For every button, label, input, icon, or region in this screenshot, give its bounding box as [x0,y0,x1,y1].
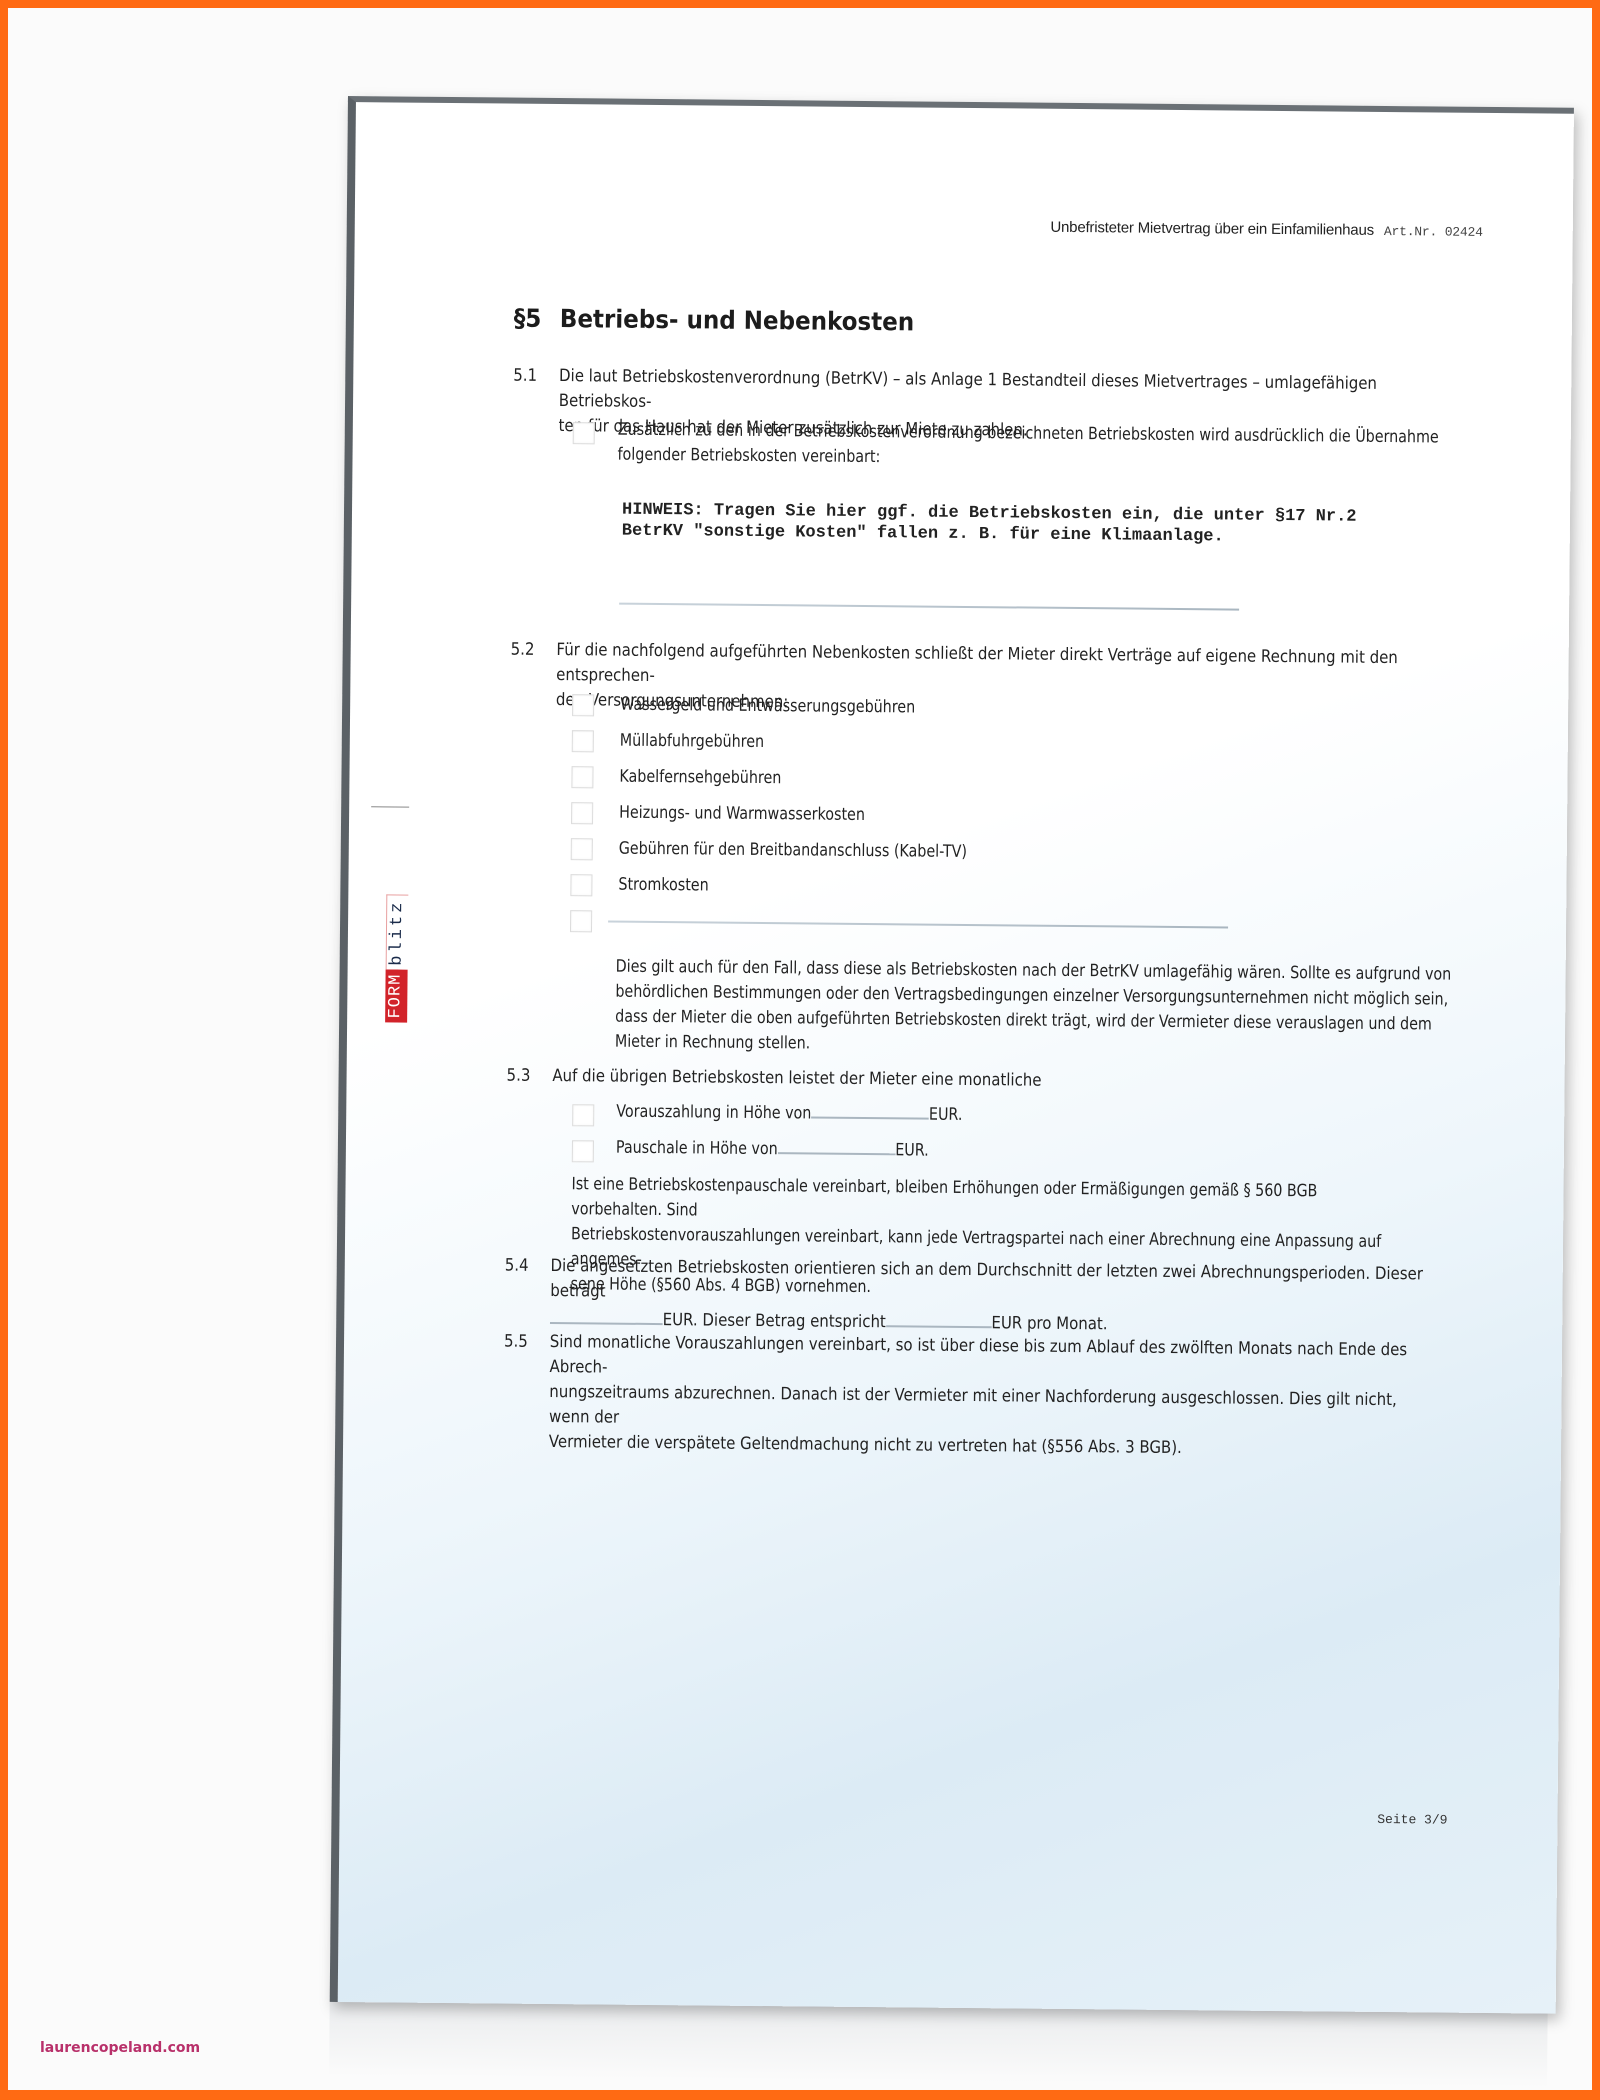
clause-5-3: 5.3 Auf die übrigen Betriebskosten leist… [506,1064,1333,1097]
formblitz-logo: FORMblitz [385,895,408,1023]
clause-text-line: Sind monatliche Vorauszahlungen vereinba… [549,1330,1429,1388]
utility-label: Gebühren für den Breitbandanschluss (Kab… [619,837,1459,870]
checkbox-additional-costs[interactable] [573,422,595,444]
flat-rate-row: Pauschale in Höhe vonEUR. [616,1133,1456,1169]
header-title: Unbefristeter Mietvertrag über ein Einfa… [1050,219,1374,239]
checkbox-utility[interactable] [570,874,592,896]
clause-text-line: nungszeitraums abzurechnen. Danach ist d… [549,1380,1429,1438]
additional-costs-text: Zusätzlich zu den in der Betriebskostenv… [617,418,1457,476]
logo-blitz: blitz [386,895,409,970]
clause-text-line: Die angesetzten Betriebskosten orientier… [550,1254,1430,1312]
document-page-wrapper: Unbefristeter Mietvertrag über ein Einfa… [330,96,1566,2018]
logo-form: FORM [385,970,408,1023]
checkbox-utility[interactable] [572,730,594,752]
clause-number: 5.5 [504,1330,548,1355]
prepayment-row: Vorauszahlung in Höhe vonEUR. [616,1097,1456,1133]
monthly-amount-field[interactable] [886,1307,992,1328]
fill-in-line-other-costs[interactable] [619,603,1239,611]
document-page: Unbefristeter Mietvertrag über ein Einfa… [330,96,1574,2014]
clause-number: 5.3 [506,1064,550,1089]
article-number: Art.Nr. 02424 [1384,224,1483,240]
prepayment-amount-field[interactable] [811,1098,929,1119]
clause-text: Auf die übrigen Betriebskosten leistet d… [552,1064,1432,1097]
hint-text: HINWEIS: Tragen Sie hier ggf. die Betrie… [622,500,1357,549]
checkbox-utility[interactable] [571,802,593,824]
flat-rate-amount-field[interactable] [778,1134,896,1155]
currency-label: EUR. [895,1140,929,1160]
fill-in-line-other-utility[interactable] [608,921,1228,929]
clause-text-line: Die laut Betriebskostenverordnung (BetrK… [559,364,1439,422]
checkbox-utility-other[interactable] [570,910,592,932]
clause-number: 5.1 [513,364,557,389]
clause-5-4: 5.4 Die angesetzten Betriebskosten orien… [504,1254,1332,1340]
utility-label: Stromkosten [618,873,1458,906]
average-amount-field[interactable] [550,1304,663,1325]
section-number: §5 [514,304,560,333]
clause-5-5: 5.5 Sind monatliche Vorauszahlungen vere… [503,1330,1331,1463]
utility-label: Kabelfernsehgebühren [619,765,1459,798]
flat-rate-label: Pauschale in Höhe von [616,1138,778,1160]
background-canvas: Unbefristeter Mietvertrag über ein Einfa… [8,8,1592,2090]
utility-label: Müllabfuhrgebühren [620,729,1460,762]
watermark: laurencopeland.com [40,2040,200,2056]
page-indicator: Seite 3/9 [1377,1812,1447,1828]
checkbox-utility[interactable] [572,694,594,716]
document-header: Unbefristeter Mietvertrag über ein Einfa… [1050,219,1482,240]
clause-text-mid: EUR. Dieser Betrag entspricht [663,1310,886,1332]
section-title: §5Betriebs- und Nebenkosten [514,304,915,337]
checkbox-flat-rate[interactable] [572,1140,594,1162]
clause-text-line: Für die nachfolgend aufgeführten Nebenko… [556,638,1436,696]
section-heading: Betriebs- und Nebenkosten [560,304,915,336]
checkbox-utility[interactable] [571,838,593,860]
prepayment-label: Vorauszahlung in Höhe von [616,1102,811,1124]
clause-number: 5.2 [511,638,555,663]
clause-number: 5.4 [505,1254,549,1279]
utility-label: Heizungs- und Warmwasserkosten [619,801,1459,834]
brand-divider [371,806,409,807]
checkbox-utility[interactable] [571,766,593,788]
utility-note: Dies gilt auch für den Fall, dass diese … [615,955,1456,1063]
note-line: Ist eine Betriebskostenpauschale vereinb… [571,1172,1411,1230]
checkbox-prepayment[interactable] [572,1104,594,1126]
clause-text-end: EUR pro Monat. [991,1313,1107,1334]
currency-label: EUR. [929,1105,963,1125]
